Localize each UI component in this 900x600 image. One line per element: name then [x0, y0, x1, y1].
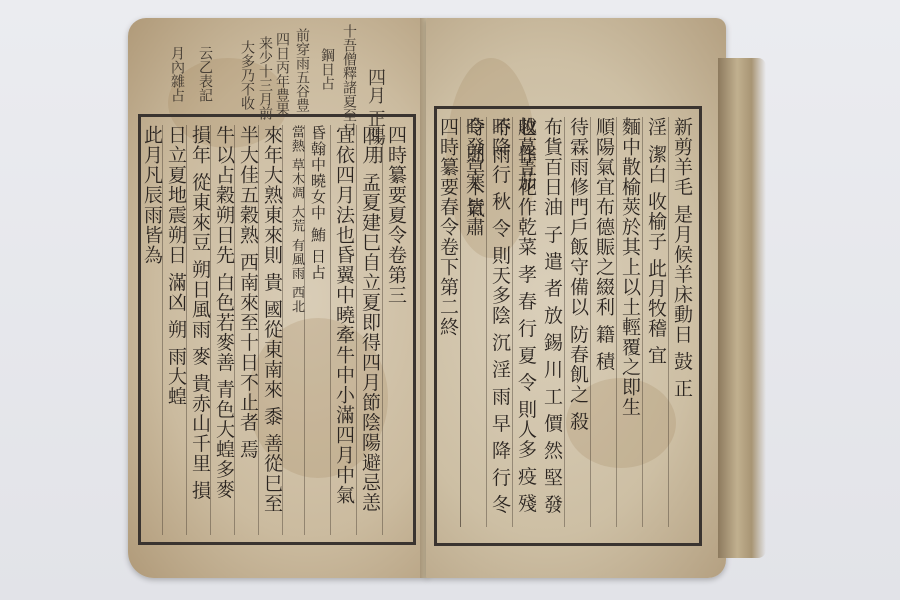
text-column: 時發草木皆肅 — [460, 117, 487, 527]
open-book: 十吾僧釋諸夏至日 鋼日占 前穿雨五谷豊 四日丙年豊果 来少十三月前 大多乃不收 … — [128, 18, 768, 580]
text-column: 四月 孟夏建巳自立夏即得四月節陰陽避忌恙 — [356, 125, 383, 535]
handwritten-note: 大多乃不收 — [238, 40, 256, 110]
handwritten-note: 来少十三月前 — [256, 36, 274, 120]
text-column: 新剪羊毛 是月候羊床動日 鼓 正 — [668, 117, 695, 527]
text-column: 半大佳五穀熟 西南來至十日不止者 焉 — [234, 125, 261, 535]
text-column: 日立夏地震朔日 滿凶 朔 雨大蝗 — [162, 125, 189, 535]
handwritten-note: 四日丙年豊果 — [273, 32, 291, 116]
left-page: 十吾僧釋諸夏至日 鋼日占 前穿雨五谷豊 四日丙年豊果 来少十三月前 大多乃不收 … — [128, 18, 428, 578]
text-column: 四時纂要春令卷下第二終 — [434, 117, 461, 527]
text-column: 順陽氣宜布德賑之綴利 籍 積 — [590, 117, 617, 527]
page-edges — [718, 58, 766, 558]
text-column: 待霖雨修門戶飯守備以 防春飢之 殺 — [564, 117, 591, 527]
text-column: 四時纂要夏令卷第三 — [382, 125, 409, 535]
text-column: 宜依四月法也昏翼中曉牽牛中小滿四月中氣 — [330, 125, 357, 535]
handwritten-note: 鋼日占 — [318, 48, 336, 90]
text-column: 損年 從東來豆 朔日風雨 麥 貴赤山千里 損 — [186, 125, 213, 535]
text-column: 麵中散榆莢於其上以土輕覆之即生 — [616, 117, 643, 527]
text-column: 牛以占穀朔日先 白色若麥善 青色大蝗多麥 — [210, 125, 237, 535]
text-column: 淫 潔白 收榆子 此月牧稽 宜 — [642, 117, 669, 527]
text-column: 此月凡辰雨皆為 — [138, 125, 165, 535]
text-column: 當熱 草木凋 大荒 有風雨 西北 — [282, 125, 309, 535]
handwritten-note: 前穿雨五谷豊 — [293, 28, 311, 112]
handwritten-note: 云乙表記 — [196, 46, 214, 102]
text-frame: 新剪羊毛 是月候羊床動日 鼓 正 淫 潔白 收榆子 此月牧稽 宜 麵中散榆莢於其… — [434, 106, 702, 546]
text-column: 來年大熟東來則 貴 國從東南來 黍 善從巳至 — [258, 125, 285, 535]
text-frame: 四時纂要夏令卷第三 四月 孟夏建巳自立夏即得四月節陰陽避忌恙 宜依四月法也昏翼中… — [138, 114, 416, 545]
handwritten-note: 月內雜占 — [168, 46, 186, 102]
